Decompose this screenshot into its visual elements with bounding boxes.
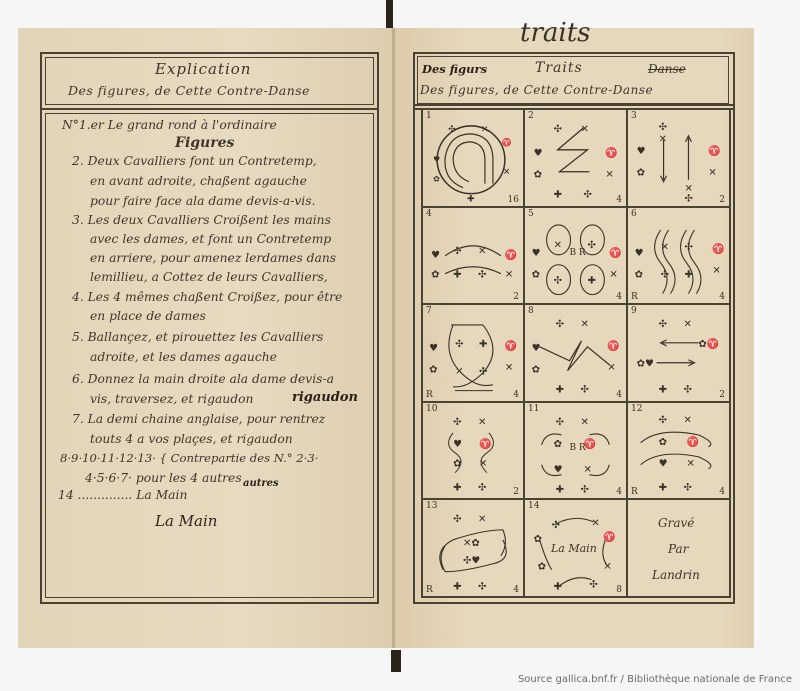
svg-text:✣: ✣ [580, 484, 588, 495]
figure-cell-13: 13 ✣✕✕✿✣♥✚✣ R 4 [422, 499, 524, 597]
figures-grid: 1 ✣✕♥♈✕✚✿ 16 2 ✣✕♥✿♈✕✚✣ 4 3 ✣✕✕✣♥✿♈✕ 2 4… [421, 108, 731, 598]
diagonal-zigzag-figure-icon: ✣✕♥✿♈✕✚✣ [525, 305, 626, 401]
svg-text:✣: ✣ [453, 245, 461, 256]
svg-text:✚: ✚ [659, 482, 667, 493]
s-curves-figure-icon: ♥✿✕✣✣✚♈✕ [628, 208, 729, 304]
svg-text:✕: ✕ [686, 459, 694, 470]
svg-text:✚: ✚ [453, 482, 461, 493]
text-line-8: lemillieu, a Cottez de leurs Cavalliers, [90, 270, 328, 284]
svg-text:✕: ✕ [607, 363, 615, 374]
figure-label: B R [569, 443, 585, 453]
svg-text:✚: ✚ [453, 269, 461, 280]
svg-text:✕✿: ✕✿ [463, 538, 480, 549]
svg-text:✕: ✕ [609, 269, 617, 280]
svg-text:✿: ✿ [538, 562, 546, 573]
svg-text:✣: ✣ [453, 417, 461, 428]
svg-text:✣: ✣ [478, 582, 486, 593]
svg-text:✕: ✕ [479, 459, 487, 470]
figure-count: 4 [513, 390, 519, 400]
swirl-figure-icon: ✣✕✿♈♥✕✚✣ [628, 403, 729, 499]
struck-word: Danse [648, 62, 686, 76]
svg-text:✕: ✕ [580, 319, 588, 330]
figure-cell-14: 14 ✣✕✿✿♈✕✚✣ La Main 8 [524, 499, 627, 597]
svg-text:♈: ♈ [712, 241, 724, 254]
chain-figure-icon: ♥✿✣✚✕✣♈✕ [423, 305, 523, 401]
svg-text:✣: ✣ [478, 482, 486, 493]
svg-text:✕: ✕ [505, 363, 513, 374]
svg-text:✣: ✣ [556, 417, 564, 428]
svg-text:✿: ✿ [637, 168, 645, 179]
text-line-10: en place de dames [90, 309, 206, 323]
text-line-18: 4·5·6·7· pour les 4 autres [85, 471, 242, 485]
svg-text:♈: ♈ [479, 437, 491, 450]
svg-text:✣: ✣ [556, 319, 564, 330]
svg-text:✕: ✕ [481, 125, 489, 135]
engraver-line-2: Par [668, 542, 688, 556]
annotation-rigaudon: rigaudon [292, 390, 358, 405]
svg-text:✣: ✣ [659, 319, 667, 330]
text-line-13: 6. Donnez la main droite ala dame devis-… [72, 372, 334, 386]
svg-text:♈: ♈ [607, 339, 619, 352]
svg-text:✿: ✿ [659, 437, 667, 448]
svg-text:✕: ✕ [455, 367, 463, 378]
handwritten-des-figurs: Des figurs [422, 62, 487, 76]
svg-text:✣: ✣ [659, 415, 667, 426]
figure-count: 2 [513, 292, 519, 302]
left-page-title: Explication [155, 60, 251, 78]
svg-text:✣: ✣ [583, 190, 591, 201]
figure-cell-2: 2 ✣✕♥✿♈✕✚✣ 4 [524, 109, 627, 207]
svg-text:✣: ✣ [684, 241, 692, 252]
svg-text:♥: ♥ [635, 247, 644, 258]
text-line-17: 8·9·10·11·12·13· { Contrepartie des N.° … [60, 451, 318, 465]
svg-text:✿: ✿ [433, 175, 440, 184]
svg-text:✕: ✕ [503, 168, 511, 178]
svg-text:✣♥: ✣♥ [463, 556, 480, 567]
svg-text:✣: ✣ [659, 122, 667, 133]
figure-count: 8 [616, 585, 622, 595]
svg-text:✿: ✿ [554, 439, 562, 450]
figure-count: 2 [719, 195, 725, 205]
svg-text:✕: ✕ [683, 415, 691, 426]
crossing-figure-icon: ♥✿✣✕✚✣♈✕ [423, 208, 523, 304]
annotation-la-main-signature: La Main [155, 512, 217, 530]
svg-text:✕: ✕ [591, 518, 599, 529]
figure-count: 4 [616, 390, 622, 400]
zigzag-figure-icon: ✣✕♥✿♈✕✚✣ [525, 110, 626, 206]
svg-text:✕: ✕ [554, 239, 562, 250]
engraver-line-1: Gravé [658, 516, 694, 530]
svg-text:♈: ♈ [502, 137, 512, 147]
svg-text:✣: ✣ [554, 275, 562, 286]
svg-text:✚: ✚ [684, 269, 692, 280]
figure-label-la-main: La Main [551, 542, 597, 555]
text-line-3: en avant adroite, chaßent agauche [90, 174, 307, 188]
svg-text:✣: ✣ [587, 239, 595, 250]
svg-text:♥: ♥ [637, 146, 646, 157]
svg-text:♥: ♥ [532, 247, 541, 258]
svg-text:✿: ✿ [534, 534, 542, 545]
svg-text:✚: ✚ [587, 275, 595, 286]
figure-count: 4 [719, 487, 725, 497]
figure-count: 4 [513, 585, 519, 595]
figure-cell-6: 6 ♥✿✕✣✣✚♈✕ R 4 [627, 207, 730, 305]
figure-count: 16 [508, 195, 519, 205]
figure-cell-12: 12 ✣✕✿♈♥✕✚✣ R 4 [627, 402, 730, 500]
svg-text:✿♥: ✿♥ [637, 359, 654, 370]
svg-text:♈: ♈ [505, 247, 517, 260]
figure-cell-3: 3 ✣✕✕✣♥✿♈✕ 2 [627, 109, 730, 207]
text-line-7: en arriere, pour amenez lerdames dans [90, 251, 336, 265]
text-line-14: vis, traversez, et rigaudon [90, 392, 253, 406]
figure-count: 2 [513, 487, 519, 497]
figure-cell-9: 9 ✣✕✿♈✿♥✚✣ 2 [627, 304, 730, 402]
svg-text:✕: ✕ [683, 319, 691, 330]
svg-text:♥: ♥ [534, 148, 543, 159]
svg-text:♥: ♥ [554, 464, 563, 475]
text-line-1: N°1.er Le grand rond à l'ordinaire [62, 118, 277, 132]
svg-text:✚: ✚ [479, 339, 487, 350]
figure-label: B R [569, 248, 585, 258]
svg-text:✕: ✕ [712, 265, 720, 276]
source-credit: Source gallica.bnf.fr / Bibliothèque nat… [518, 674, 792, 685]
svg-text:✕: ✕ [505, 269, 513, 280]
svg-text:✕: ✕ [580, 417, 588, 428]
figure-count: 4 [616, 292, 622, 302]
figure-cell-7: 7 ♥✿✣✚✕✣♈✕ R 4 [422, 304, 524, 402]
svg-text:✣: ✣ [448, 125, 456, 135]
svg-text:✿: ✿ [429, 365, 437, 376]
svg-text:♈: ♈ [505, 339, 517, 352]
svg-text:✣: ✣ [453, 514, 461, 525]
right-page-title: Traits [535, 60, 583, 76]
svg-text:✿: ✿ [635, 269, 643, 280]
left-page-subtitle: Des figures, de Cette Contre-Danse [68, 83, 310, 98]
svg-text:✕: ✕ [583, 464, 591, 475]
svg-text:✕: ✕ [605, 170, 613, 181]
interlace-figure-icon: ✣✕✕✿✣♥✚✣ [423, 500, 523, 596]
svg-text:✣: ✣ [683, 482, 691, 493]
svg-text:✕: ✕ [603, 562, 611, 573]
svg-text:♥: ♥ [532, 343, 541, 354]
svg-text:✣: ✣ [661, 269, 669, 280]
figure-cell-10: 10 ✣✕♥✿♈✕✚✣ 2 [422, 402, 524, 500]
svg-text:✕: ✕ [478, 417, 486, 428]
figure-cell-4: 4 ♥✿✣✕✚✣♈✕ 2 [422, 207, 524, 305]
figure-cell-1: 1 ✣✕♥♈✕✚✿ 16 [422, 109, 524, 207]
svg-text:♈: ♈ [686, 435, 698, 448]
svg-text:✚: ✚ [554, 582, 562, 593]
svg-text:✿: ✿ [532, 365, 540, 376]
svg-text:✣: ✣ [455, 339, 463, 350]
figure-cell-5: 5 ✕✣✣✚♥✿♈✕ B R 4 [524, 207, 627, 305]
svg-text:♥: ♥ [429, 343, 438, 354]
svg-text:✕: ✕ [580, 124, 588, 135]
svg-text:♈: ♈ [708, 144, 720, 157]
figure-mark: R [631, 487, 638, 497]
svg-text:✿: ✿ [431, 269, 439, 280]
text-line-9: 4. Les 4 mêmes chaßent Croißez, pour êtr… [72, 290, 342, 304]
svg-text:✣: ✣ [552, 520, 560, 531]
figure-eight-icon: ✣✕♥✿♈✕✚✣ [423, 403, 523, 499]
engraver-cell: Gravé Par Landrin [627, 499, 730, 597]
text-line-16: touts 4 a vos plaçes, et rigaudon [90, 432, 293, 446]
text-line-12: adroite, et les dames agauche [90, 350, 277, 364]
svg-text:✿: ✿ [453, 459, 461, 470]
svg-text:♥: ♥ [433, 155, 440, 164]
figure-count: 4 [616, 195, 622, 205]
text-line-2: 2. Deux Cavalliers font un Contretemp, [72, 154, 317, 168]
svg-text:✣: ✣ [683, 385, 691, 396]
text-line-4: pour faire face ala dame devis-a-vis. [90, 194, 315, 208]
figure-count: 4 [616, 487, 622, 497]
figures-heading: Figures [175, 135, 234, 151]
vertical-arrows-figure-icon: ✣✕✕✣♥✿♈✕ [628, 110, 729, 206]
engraver-line-3: Landrin [652, 568, 700, 582]
text-line-5: 3. Les deux Cavalliers Croißent les main… [72, 213, 331, 227]
text-line-19: 14 .............. La Main [58, 488, 187, 502]
svg-text:♥: ♥ [453, 439, 462, 450]
svg-text:✣: ✣ [479, 367, 487, 378]
figure-mark: R [426, 390, 433, 400]
svg-text:♈: ♈ [605, 146, 617, 159]
svg-text:✕: ✕ [661, 241, 669, 252]
figure-mark: R [631, 292, 638, 302]
svg-text:✕: ✕ [708, 168, 716, 179]
figure-count: 4 [719, 292, 725, 302]
svg-text:✚: ✚ [554, 190, 562, 201]
header-annotation: traits [520, 18, 590, 48]
figure-mark: R [426, 585, 433, 595]
svg-text:✣: ✣ [478, 269, 486, 280]
horizontal-arrows-figure-icon: ✣✕✿♈✿♥✚✣ [628, 305, 729, 401]
svg-text:✚: ✚ [659, 385, 667, 396]
svg-text:✚: ✚ [467, 195, 475, 205]
svg-text:✕: ✕ [478, 514, 486, 525]
svg-text:✕: ✕ [659, 134, 667, 145]
bookmark-ribbon-bottom [391, 650, 401, 672]
svg-text:♈: ♈ [609, 245, 621, 258]
text-line-6: avec les dames, et font un Contretemp [90, 232, 331, 246]
svg-text:✣: ✣ [684, 194, 692, 205]
svg-text:✿♈: ✿♈ [698, 337, 719, 350]
svg-text:✣: ✣ [554, 124, 562, 135]
text-line-15: 7. La demi chaine anglaise, pour rentrez [72, 412, 325, 426]
figure-cell-8: 8 ✣✕♥✿♈✕✚✣ 4 [524, 304, 627, 402]
svg-text:✣: ✣ [589, 580, 597, 591]
svg-text:✚: ✚ [556, 484, 564, 495]
svg-text:♥: ♥ [431, 249, 440, 260]
svg-text:✿: ✿ [534, 170, 542, 181]
svg-text:♥: ♥ [659, 459, 668, 470]
figure-count: 2 [719, 390, 725, 400]
svg-text:✚: ✚ [453, 582, 461, 593]
svg-text:✣: ✣ [580, 385, 588, 396]
svg-text:✿: ✿ [532, 269, 540, 280]
svg-text:♈: ♈ [603, 530, 615, 543]
text-line-11: 5. Ballançez, et pirouettez les Cavallie… [72, 330, 323, 344]
annotation-autres: autres [243, 478, 279, 489]
svg-text:✚: ✚ [556, 385, 564, 396]
figure-cell-11: 11 ✣✕✿♈♥✕✚✣ B R 4 [524, 402, 627, 500]
right-page-subtitle: Des figures, de Cette Contre-Danse [420, 83, 653, 97]
book-gutter [392, 28, 395, 648]
circle-figure-icon: ✣✕♥♈✕✚✿ [423, 110, 523, 206]
svg-text:✕: ✕ [478, 245, 486, 256]
